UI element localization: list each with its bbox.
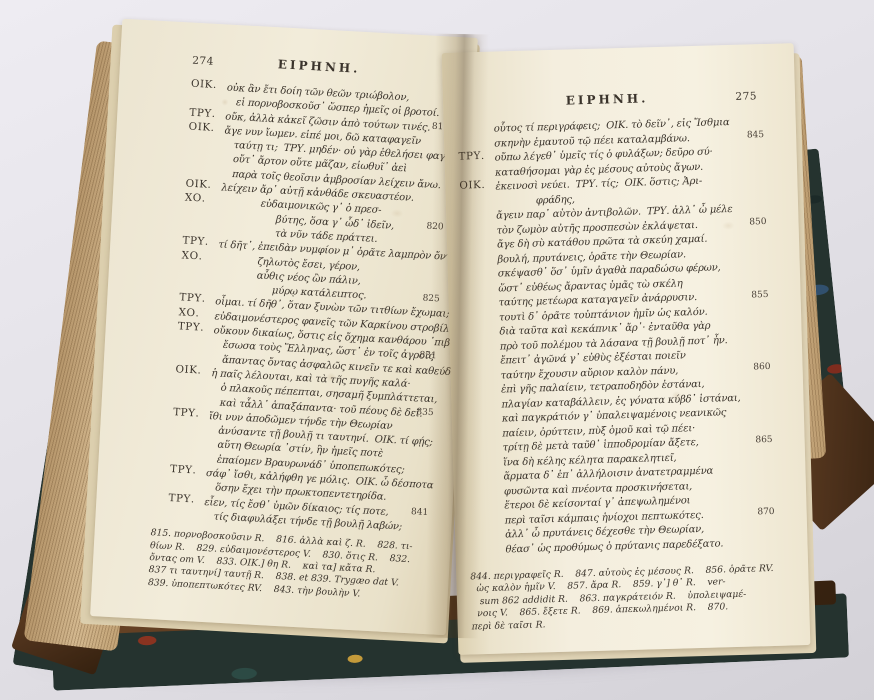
speaker-label: ΤΡΥ.	[458, 149, 485, 164]
speaker-label: ΟΙΚ.	[175, 362, 202, 378]
speaker-label: ΟΙΚ.	[459, 178, 485, 193]
speaker-label: ΤΡΥ.	[168, 491, 195, 507]
right-page: ΕΙΡΗΝΗ. 275 οὗτος τί περιγράφεις; ΟΙΚ. τ…	[442, 43, 811, 655]
left-page: 274 ΕΙΡΗΝΗ. ΟΙΚ.οὐκ ἂν ἔτι δοίη τῶν θεῶν…	[90, 19, 478, 635]
left-verse-block: ΟΙΚ.οὐκ ἂν ἔτι δοίη τῶν θεῶν τριώβολον,ε…	[167, 77, 445, 533]
right-running-title: ΕΙΡΗΝΗ.	[493, 89, 721, 109]
left-running-title: ΕΙΡΗΝΗ.	[228, 55, 410, 79]
speaker-label: ΤΡΥ.	[189, 105, 216, 121]
right-verse-block: οὗτος τί περιγράφεις; ΟΙΚ. τὸ δεῖν᾽, εἰς…	[458, 112, 770, 555]
left-page-number: 274	[192, 55, 229, 69]
speaker-label: ΧΟ.	[181, 248, 203, 263]
right-head-spacer	[457, 107, 493, 108]
speaker-label: ΤΡΥ.	[177, 319, 204, 335]
speaker-label: ΟΙΚ.	[185, 177, 212, 193]
book-photo-scene: 274 ΕΙΡΗΝΗ. ΟΙΚ.οὐκ ἂν ἔτι δοίη τῶν θεῶν…	[0, 0, 874, 700]
speaker-label: ΟΙΚ.	[191, 77, 218, 93]
speaker-label: ΤΡΥ.	[182, 234, 209, 250]
right-page-number: 275	[721, 90, 757, 103]
left-footnotes: 815. πορνοβοσκοῦσιν R. 816. ἀλλὰ καὶ ζ. …	[148, 527, 423, 604]
speaker-label: ΧΟ.	[184, 191, 206, 206]
right-footnotes: 844. περιγραφεῖς R. 847. αὐτοὺς ἐς μέσου…	[470, 563, 774, 633]
left-running-head: 274 ΕΙΡΗΝΗ.	[192, 53, 446, 81]
left-page-text-block: 274 ΕΙΡΗΝΗ. ΟΙΚ.οὐκ ἂν ἔτι δοίη τῶν θεῶν…	[164, 53, 447, 604]
speaker-label: ΧΟ.	[178, 305, 200, 320]
right-page-text-block: ΕΙΡΗΝΗ. 275 οὗτος τί περιγράφεις; ΟΙΚ. τ…	[457, 88, 772, 633]
speaker-label: ΤΡΥ.	[179, 291, 206, 307]
speaker-label: ΟΙΚ.	[188, 119, 215, 135]
speaker-label: ΤΡΥ.	[173, 405, 200, 421]
left-head-spacer	[410, 75, 446, 77]
speaker-label: ΤΡΥ.	[170, 462, 197, 478]
right-running-head: ΕΙΡΗΝΗ. 275	[457, 88, 757, 110]
verse-text: θέασ᾽ ὡς προθύμως ὁ πρύτανις παρεδέξατο.	[505, 538, 723, 555]
